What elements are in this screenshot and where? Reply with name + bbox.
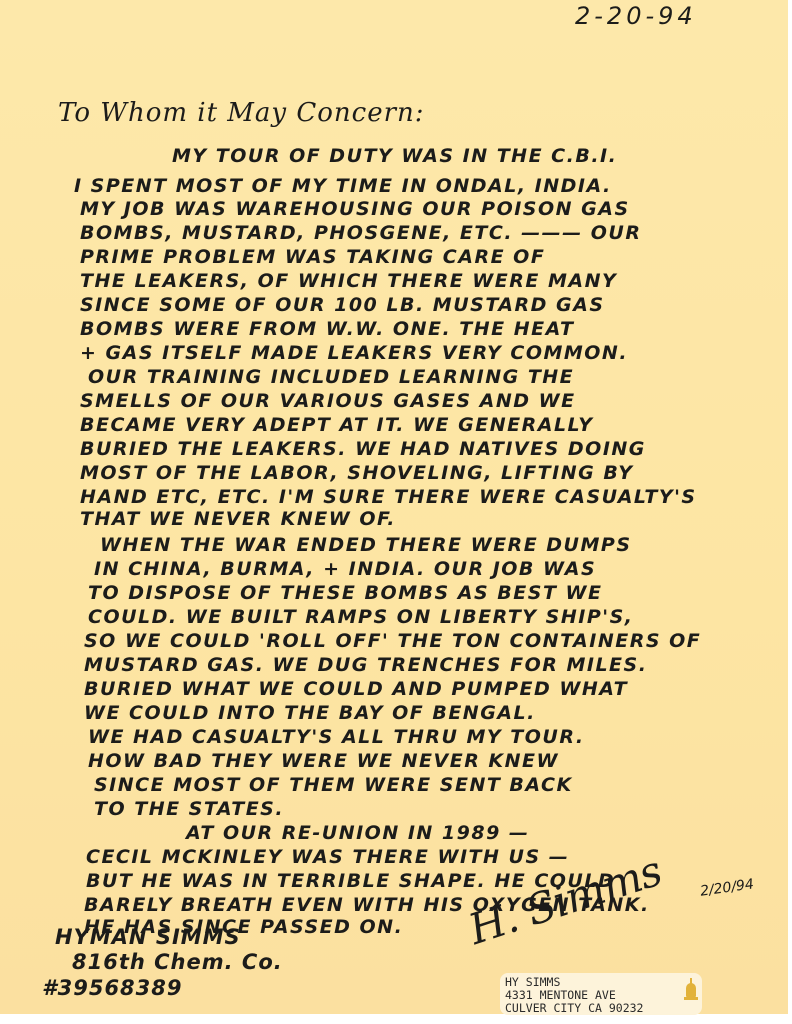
body-line: + gas itself made leakers very common. [80, 342, 628, 364]
body-line: How bad they were we never knew [88, 750, 559, 772]
body-line: The leakers, of which there were many [80, 270, 617, 292]
body-line: Bombs, Mustard, Phosgene, etc. ——— Our [80, 222, 641, 244]
body-line: most of the labor, shoveling, lifting by [80, 462, 634, 484]
body-line: When the war ended there were dumps [100, 534, 632, 556]
letter-paper: 2-20-94 To Whom it May Concern: My Tour … [0, 0, 788, 1014]
body-line: Buried what we could and pumped what [84, 678, 628, 700]
body-line: so we could 'roll off' the ton container… [84, 630, 701, 652]
body-line: smells of our various gases and we [80, 390, 576, 412]
body-line: Cecil McKinley was there with us — [86, 846, 569, 868]
body-line: Our training included learning the [88, 366, 574, 388]
body-line: To dispose of these bombs as best we [88, 582, 602, 604]
letter-date: 2-20-94 [575, 2, 697, 30]
body-line: became very adept at it. We generally [80, 414, 593, 436]
body-line: that we never knew of. [80, 508, 396, 530]
body-line: My Tour of Duty was in the C.B.I. [172, 145, 617, 167]
body-line: We had casualty's all thru my tour. [88, 726, 585, 748]
body-line: My job was warehousing our Poison Gas [80, 198, 630, 220]
body-line: since most of them were sent back [94, 774, 573, 796]
sender-serial: #39568389 [42, 976, 183, 1000]
body-line: to the States. [94, 798, 284, 820]
body-line: we could into the Bay of Bengal. [84, 702, 536, 724]
sender-unit: 816th Chem. Co. [72, 950, 283, 974]
sender-name: Hyman Simms [55, 925, 241, 949]
body-line: Bombs were from W.W. ONE. The heat [80, 318, 574, 340]
body-line: I spent most of my time in Ondal, India. [74, 175, 612, 197]
body-line: buried the leakers. We had natives doing [80, 438, 646, 460]
body-line: Prime problem was taking care of [80, 246, 545, 268]
address-label: HY SIMMS 4331 MENTONE AVE CULVER CITY CA… [500, 973, 702, 1015]
signature-date: 2/20/94 [699, 876, 755, 899]
body-line: in China, Burma, + India. Our job was [94, 558, 596, 580]
body-line: could. We built ramps on Liberty ship's, [88, 606, 633, 628]
body-line: mustard gas. We dug trenches for miles. [84, 654, 647, 676]
body-line: At our Re-union in 1989 — [186, 822, 529, 844]
label-city: CULVER CITY CA 90232 [505, 1002, 702, 1015]
body-line: since some of our 100 LB. Mustard gas [80, 294, 605, 316]
body-line: hand etc, etc. I'm sure there were casua… [80, 486, 697, 508]
salutation: To Whom it May Concern: [58, 98, 425, 128]
